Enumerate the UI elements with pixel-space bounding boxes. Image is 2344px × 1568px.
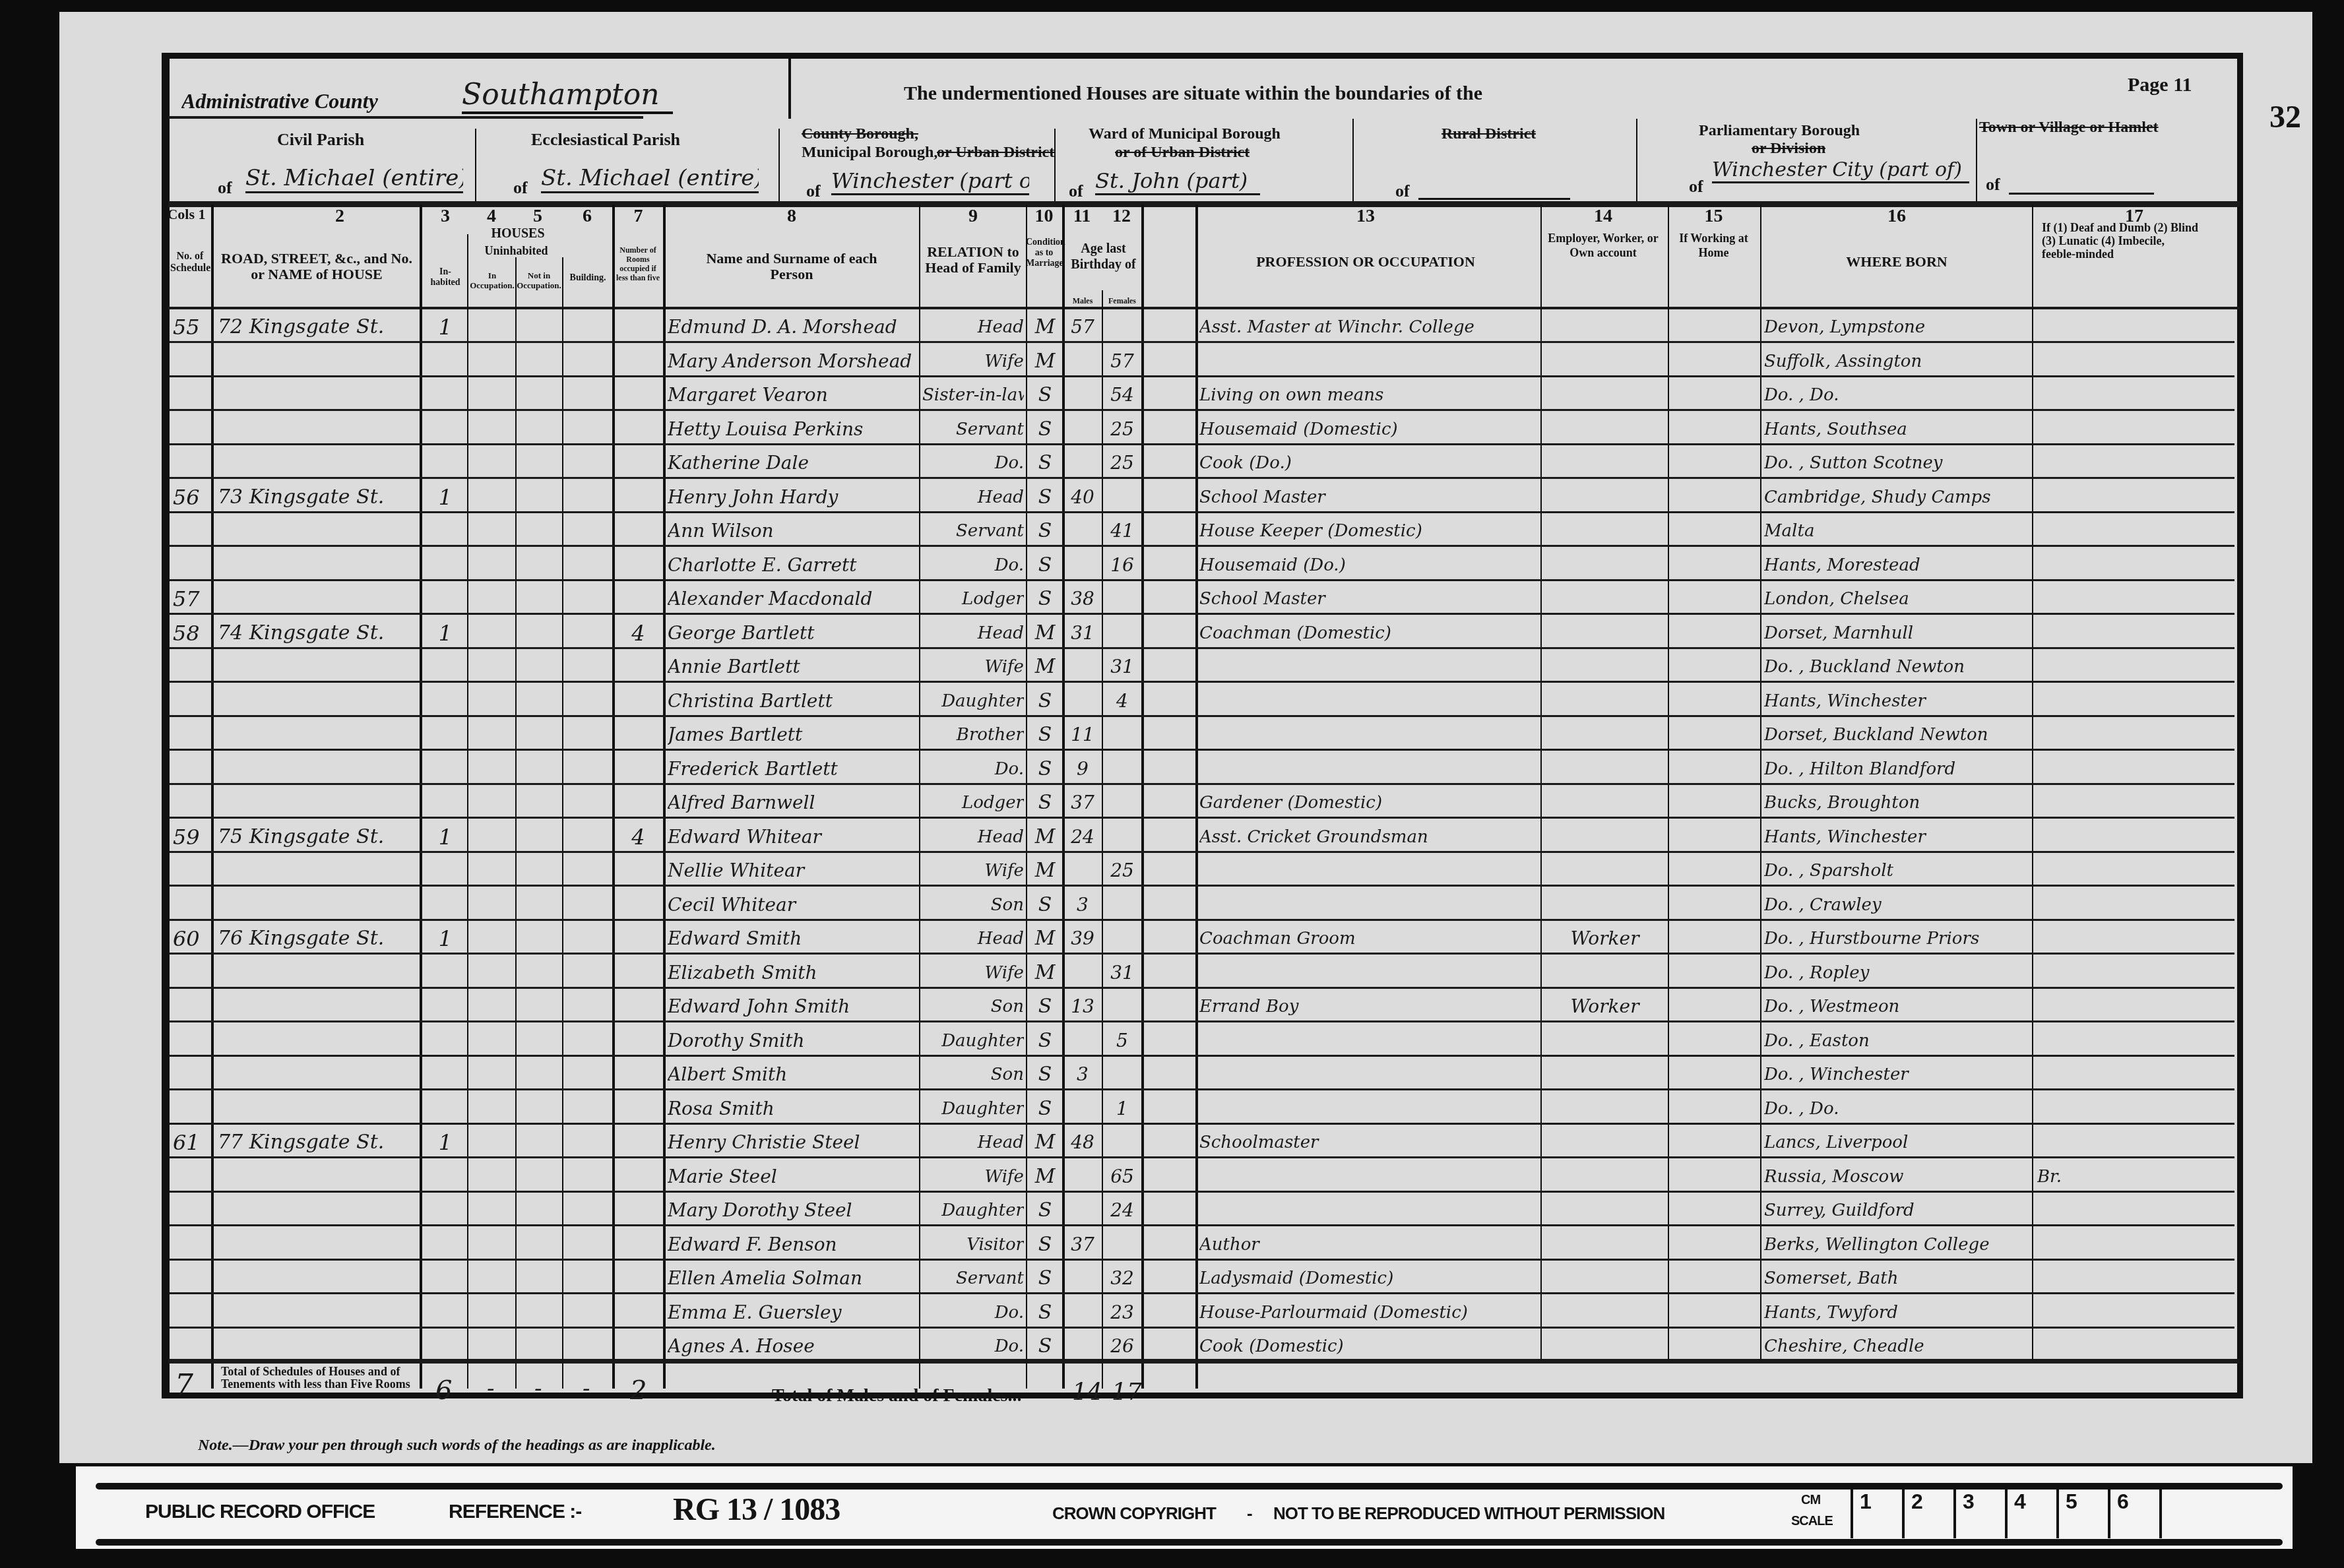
age-female: 25 <box>1104 418 1140 441</box>
ecclesiastical-parish-value: St. Michael (entire) <box>541 165 759 193</box>
age-male: 37 <box>1065 791 1100 815</box>
header-schedule: No. of Schedule <box>170 251 210 274</box>
birthplace: Devon, Lympstone <box>1764 315 2031 339</box>
relation: Head <box>922 315 1024 339</box>
marital-condition: S <box>1029 893 1061 917</box>
person-name: George Bartlett <box>668 621 917 645</box>
marital-condition: S <box>1029 486 1061 509</box>
civil-parish-prefix: of <box>218 178 232 198</box>
occupation: Housemaid (Do.) <box>1199 553 1539 577</box>
row-rule <box>170 851 2234 853</box>
marital-condition: S <box>1029 1063 1061 1086</box>
age-female: 41 <box>1104 519 1140 543</box>
relation: Daughter <box>922 1029 1024 1053</box>
total-males: 14 <box>1072 1379 1102 1406</box>
col-num-15: 15 <box>1669 206 1758 227</box>
col-num-12: 12 <box>1102 206 1141 227</box>
occupation: School Master <box>1199 486 1539 509</box>
marital-condition: M <box>1029 315 1061 339</box>
age-female: 65 <box>1104 1165 1140 1189</box>
scale-mark-2: 2 <box>1902 1490 1953 1538</box>
header-occupation: PROFESSION OR OCCUPATION <box>1201 254 1531 270</box>
person-name: Edward John Smith <box>668 995 917 1019</box>
person-name: Annie Bartlett <box>668 655 917 679</box>
occupation: House Keeper (Domestic) <box>1199 519 1539 543</box>
total-schedules-count: 7 <box>175 1369 193 1402</box>
scale-label: SCALE <box>1791 1514 1833 1529</box>
civil-parish-label: Civil Parish <box>277 130 364 150</box>
birthplace: Dorset, Marnhull <box>1764 621 2031 645</box>
parliamentary-borough-label: Parliamentary Borough <box>1699 122 1860 140</box>
col-line <box>663 204 666 1389</box>
col-line <box>919 204 920 1389</box>
marital-condition: M <box>1029 655 1061 679</box>
row-rule <box>170 1224 2234 1226</box>
schedule-number: 58 <box>173 621 209 645</box>
col-num-10: 10 <box>1026 206 1062 227</box>
divider <box>1976 119 1977 201</box>
footer-top-bar <box>96 1483 2283 1490</box>
total-in-occupation: - <box>487 1375 495 1402</box>
person-name: Katherine Dale <box>668 451 917 475</box>
age-male: 31 <box>1065 621 1100 645</box>
occupation: Cook (Domestic) <box>1199 1334 1539 1358</box>
birthplace: Do. , Westmeon <box>1764 995 2031 1019</box>
age-female: 4 <box>1104 689 1140 713</box>
ward-prefix: of <box>1069 181 1083 201</box>
admin-county-box-right <box>788 58 791 119</box>
occupation: Asst. Master at Winchr. College <box>1199 315 1539 339</box>
occupation: Ladysmaid (Domestic) <box>1199 1267 1539 1290</box>
person-name: Alexander Macdonald <box>668 587 917 611</box>
person-name: Edmund D. A. Morshead <box>668 315 917 339</box>
person-name: Henry John Hardy <box>668 486 917 509</box>
total-females: 17 <box>1112 1379 1142 1406</box>
town-village-prefix: of <box>1986 175 2000 195</box>
row-rule <box>170 1292 2234 1294</box>
col-num-1: Cols 1 <box>162 206 211 223</box>
col-num-14: 14 <box>1540 206 1666 227</box>
copyright-notice: CROWN COPYRIGHT <box>1052 1503 1216 1524</box>
ecclesiastical-parish-prefix: of <box>513 178 528 198</box>
relation: Daughter <box>922 1199 1024 1222</box>
age-male: 3 <box>1065 893 1100 917</box>
row-rule <box>170 1156 2234 1158</box>
age-female: 26 <box>1104 1334 1140 1358</box>
header-working-home: If Working at Home <box>1676 231 1752 260</box>
age-male: 3 <box>1065 1063 1100 1086</box>
relation: Daughter <box>922 689 1024 713</box>
header-not-in-occupation: Not in Occupation. <box>517 270 561 290</box>
address: 75 Kingsgate St. <box>218 825 416 849</box>
occupation: Asst. Cricket Groundsman <box>1199 825 1539 849</box>
scale-label-cm: CM <box>1801 1493 1820 1508</box>
birthplace: Do. , Buckland Newton <box>1764 655 2031 679</box>
marital-condition: M <box>1029 927 1061 951</box>
header-road: ROAD, STREET, &c., and No. or NAME of HO… <box>218 251 416 282</box>
archive-reference-strip: PUBLIC RECORD OFFICE REFERENCE :- RG 13 … <box>76 1466 2293 1549</box>
row-rule <box>170 715 2234 717</box>
inhabited-count: 1 <box>426 621 465 645</box>
occupation: Errand Boy <box>1199 995 1539 1019</box>
person-name: Frederick Bartlett <box>668 757 917 781</box>
relation: Head <box>922 1131 1024 1154</box>
town-village-label-struck: Town or Village or Hamlet <box>1979 119 2159 137</box>
row-rule <box>170 953 2234 955</box>
age-male: 24 <box>1065 825 1100 849</box>
birthplace: Do. , Hurstbourne Priors <box>1764 927 2031 951</box>
person-name: Margaret Vearon <box>668 383 917 407</box>
age-male: 13 <box>1065 995 1100 1019</box>
col-line <box>1141 204 1144 1389</box>
age-female: 1 <box>1104 1097 1140 1121</box>
relation: Do. <box>922 1334 1024 1358</box>
marital-condition: S <box>1029 689 1061 713</box>
birthplace: Suffolk, Assington <box>1764 350 2031 373</box>
marital-condition: S <box>1029 1301 1061 1325</box>
age-male: 9 <box>1065 757 1100 781</box>
col-num-6: 6 <box>564 206 610 227</box>
marital-condition: S <box>1029 995 1061 1019</box>
header-age: Age last Birthday of <box>1065 241 1141 272</box>
col-line <box>467 234 468 1389</box>
person-name: Cecil Whitear <box>668 893 917 917</box>
age-male: 11 <box>1065 723 1100 747</box>
col-line <box>1540 204 1542 1359</box>
scale-mark-6: 6 <box>2108 1490 2159 1538</box>
relation: Son <box>922 1063 1024 1086</box>
age-female: 54 <box>1104 383 1140 407</box>
marital-condition: S <box>1029 553 1061 577</box>
marital-condition: S <box>1029 757 1061 781</box>
relation: Servant <box>922 418 1024 441</box>
reference-label: REFERENCE :- <box>449 1501 581 1523</box>
birthplace: Hants, Morestead <box>1764 553 2031 577</box>
col-num-3: 3 <box>422 206 468 227</box>
birthplace: Hants, Twyford <box>1764 1301 2031 1325</box>
row-rule <box>170 545 2234 547</box>
town-village-value <box>2009 173 2154 195</box>
schedule-number: 61 <box>173 1131 209 1154</box>
footer-bottom-bar <box>96 1539 2283 1546</box>
relation: Wife <box>922 1165 1024 1189</box>
rooms-count: 4 <box>617 825 660 849</box>
header-condition: Condition as to Marriage <box>1026 237 1062 269</box>
totals-top-line <box>168 1359 2240 1364</box>
marital-condition: M <box>1029 1165 1061 1189</box>
inhabited-count: 1 <box>426 315 465 339</box>
header-rooms: Number of Rooms occupied if less than fi… <box>615 245 661 282</box>
inhabited-count: 1 <box>426 825 465 849</box>
age-male: 38 <box>1065 587 1100 611</box>
birthplace: Dorset, Buckland Newton <box>1764 723 2031 747</box>
relation: Lodger <box>922 587 1024 611</box>
birthplace: Malta <box>1764 519 2031 543</box>
relation: Servant <box>922 519 1024 543</box>
person-name: Elizabeth Smith <box>668 961 917 985</box>
relation: Lodger <box>922 791 1024 815</box>
admin-county-label: Administrative County <box>181 89 378 113</box>
relation: Son <box>922 893 1024 917</box>
col-num-8: 8 <box>666 206 917 227</box>
address: 77 Kingsgate St. <box>218 1131 416 1154</box>
page-label: Page 11 <box>2128 74 2192 96</box>
row-rule <box>170 647 2234 649</box>
birthplace: Lancs, Liverpool <box>1764 1131 2031 1154</box>
county-borough-label-struck: County Borough, <box>802 125 918 143</box>
header-houses: HOUSES <box>422 226 614 241</box>
age-female: 31 <box>1104 961 1140 985</box>
divider <box>1352 119 1354 201</box>
occupation: Coachman Groom <box>1199 927 1539 951</box>
division-label-struck: or Division <box>1752 140 1825 158</box>
header-employer: Employer, Worker, or Own account <box>1547 231 1659 260</box>
person-name: Christina Bartlett <box>668 689 917 713</box>
copyright-separator: - <box>1247 1503 1252 1524</box>
schedule-number: 55 <box>173 315 209 339</box>
civil-parish-value: St. Michael (entire) <box>245 165 463 193</box>
marital-condition: M <box>1029 825 1061 849</box>
ward-label: Ward of Municipal Borough <box>1089 125 1281 143</box>
marital-condition: S <box>1029 383 1061 407</box>
municipal-borough-prefix: of <box>806 181 821 201</box>
row-rule <box>170 1088 2234 1090</box>
relation: Head <box>922 621 1024 645</box>
address: 73 Kingsgate St. <box>218 486 416 509</box>
occupation: School Master <box>1199 587 1539 611</box>
municipal-borough-value: Winchester (part of) <box>831 168 1029 195</box>
person-name: Edward Whitear <box>668 825 917 849</box>
col-line <box>420 204 422 1389</box>
col-num-16: 16 <box>1761 206 2032 227</box>
col-num-7: 7 <box>614 206 663 227</box>
employment-status: Worker <box>1544 995 1666 1019</box>
birthplace: Hants, Winchester <box>1764 825 2031 849</box>
occupation: Living on own means <box>1199 383 1539 407</box>
marital-condition: S <box>1029 1233 1061 1257</box>
birthplace: Do. , Crawley <box>1764 893 2031 917</box>
row-rule <box>170 375 2234 377</box>
row-rule <box>170 681 2234 683</box>
marital-condition: S <box>1029 587 1061 611</box>
ward-value: St. John (part) <box>1095 168 1260 195</box>
divider <box>1054 129 1056 201</box>
address: 74 Kingsgate St. <box>218 621 416 645</box>
age-male: 37 <box>1065 1233 1100 1257</box>
scale-mark-4: 4 <box>2005 1490 2056 1538</box>
row-rule <box>170 1123 2234 1125</box>
infirmity: Br. <box>2037 1165 2103 1189</box>
occupation: Coachman (Domestic) <box>1199 621 1539 645</box>
intro-text: The undermentioned Houses are situate wi… <box>904 82 1482 105</box>
person-name: Dorothy Smith <box>668 1029 917 1053</box>
col-line <box>1195 204 1198 1389</box>
marital-condition: M <box>1029 1131 1061 1154</box>
birthplace: Do. , Sparsholt <box>1764 859 2031 883</box>
col-line <box>2032 204 2033 1359</box>
row-rule <box>170 1327 2234 1329</box>
person-name: Emma E. Guersley <box>668 1301 917 1325</box>
relation: Head <box>922 927 1024 951</box>
row-rule <box>170 409 2234 411</box>
person-name: Mary Dorothy Steel <box>668 1199 917 1222</box>
person-name: Ellen Amelia Solman <box>668 1267 917 1290</box>
header-inhabited: In-habited <box>426 267 465 288</box>
row-rule <box>170 443 2234 445</box>
person-name: Edward Smith <box>668 927 917 951</box>
row-rule <box>170 1259 2234 1261</box>
header-infirmity: If (1) Deaf and Dumb (2) Blind (3) Lunat… <box>2042 221 2200 261</box>
header-relation: RELATION to Head of Family <box>924 244 1023 276</box>
age-female: 23 <box>1104 1301 1140 1325</box>
person-name: Agnes A. Hosee <box>668 1334 917 1358</box>
age-female: 32 <box>1104 1267 1140 1290</box>
age-male: 39 <box>1065 927 1100 951</box>
relation: Daughter <box>922 1097 1024 1121</box>
relation: Wife <box>922 350 1024 373</box>
rural-district-label-struck: Rural District <box>1441 125 1536 143</box>
relation: Servant <box>922 1267 1024 1290</box>
office-name: PUBLIC RECORD OFFICE <box>145 1501 375 1523</box>
birthplace: Do. , Sutton Scotney <box>1764 451 2031 475</box>
address: 72 Kingsgate St. <box>218 315 416 339</box>
admin-county-box-bottom <box>168 116 643 119</box>
permission-notice: NOT TO BE REPRODUCED WITHOUT PERMISSION <box>1273 1503 1664 1524</box>
divider <box>778 129 780 201</box>
municipal-borough-label: Municipal Borough, <box>802 144 937 162</box>
age-male: 48 <box>1065 1131 1100 1154</box>
marital-condition: S <box>1029 1029 1061 1053</box>
header-name: Name and Surname of each Person <box>706 251 877 282</box>
instruction-note: Note.—Draw your pen through such words o… <box>198 1437 716 1455</box>
birthplace: Do. , Winchester <box>1764 1063 2031 1086</box>
person-name: Mary Anderson Morshead <box>668 350 917 373</box>
scale-mark-1: 1 <box>1851 1490 1902 1538</box>
divider <box>1636 119 1637 201</box>
marital-condition: S <box>1029 791 1061 815</box>
row-rule <box>170 783 2234 785</box>
col-line <box>515 257 517 1389</box>
row-rule <box>170 511 2234 513</box>
relation: Head <box>922 825 1024 849</box>
birthplace: Cheshire, Cheadle <box>1764 1334 2031 1358</box>
total-building: - <box>583 1375 590 1402</box>
row-rule <box>170 1020 2234 1022</box>
total-inhabited: 6 <box>435 1375 452 1406</box>
relation: Wife <box>922 655 1024 679</box>
marital-condition: M <box>1029 621 1061 645</box>
row-rule <box>170 1191 2234 1193</box>
row-rule <box>170 817 2234 819</box>
row-rule <box>170 1055 2234 1057</box>
person-name: Charlotte E. Garrett <box>668 553 917 577</box>
occupation: House-Parlourmaid (Domestic) <box>1199 1301 1539 1325</box>
total-persons-label: Total of Males and of Females... <box>772 1385 1022 1406</box>
birthplace: Do. , Do. <box>1764 1097 2031 1121</box>
marital-condition: M <box>1029 859 1061 883</box>
occupation: Schoolmaster <box>1199 1131 1539 1154</box>
relation: Head <box>922 486 1024 509</box>
header-uninhabited: Uninhabited <box>468 243 564 259</box>
row-rule <box>170 987 2234 989</box>
marital-condition: S <box>1029 451 1061 475</box>
birthplace: Berks, Wellington College <box>1764 1233 2031 1257</box>
marital-condition: S <box>1029 1334 1061 1358</box>
birthplace: Do. , Hilton Blandford <box>1764 757 2031 781</box>
person-name: Albert Smith <box>668 1063 917 1086</box>
col-num-5: 5 <box>515 206 561 227</box>
inhabited-count: 1 <box>426 486 465 509</box>
row-rule <box>170 341 2234 343</box>
age-male: 40 <box>1065 486 1100 509</box>
person-name: Nellie Whitear <box>668 859 917 883</box>
col-line <box>1026 204 1027 1389</box>
age-female: 5 <box>1104 1029 1140 1053</box>
row-rule <box>170 919 2234 921</box>
relation: Do. <box>922 1301 1024 1325</box>
folio-number: 32 <box>2269 99 2301 135</box>
parliamentary-borough-prefix: of <box>1689 177 1703 197</box>
employment-status: Worker <box>1544 927 1666 951</box>
birthplace: Somerset, Bath <box>1764 1267 2031 1290</box>
person-name: Rosa Smith <box>668 1097 917 1121</box>
relation: Son <box>922 995 1024 1019</box>
scale-mark-3: 3 <box>1953 1490 2005 1538</box>
marital-condition: S <box>1029 1097 1061 1121</box>
age-female: 24 <box>1104 1199 1140 1222</box>
header-bottom-line <box>168 307 2240 309</box>
scale-mark-5: 5 <box>2056 1490 2108 1538</box>
age-female: 25 <box>1104 451 1140 475</box>
col-num-9: 9 <box>920 206 1026 227</box>
col-num-13: 13 <box>1194 206 1537 227</box>
row-rule <box>170 613 2234 615</box>
rural-district-value <box>1418 178 1570 200</box>
header-where-born: WHERE BORN <box>1768 254 2025 270</box>
marital-condition: S <box>1029 1199 1061 1222</box>
occupation: Author <box>1199 1233 1539 1257</box>
birthplace: Cambridge, Shudy Camps <box>1764 486 2031 509</box>
marital-condition: M <box>1029 350 1061 373</box>
header-in-occupation: In Occupation. <box>470 270 515 290</box>
person-name: Ann Wilson <box>668 519 917 543</box>
relation: Do. <box>922 451 1024 475</box>
col-line <box>612 204 615 1389</box>
urban-district-label-struck: or Urban District <box>937 144 1054 162</box>
occupation: Housemaid (Domestic) <box>1199 418 1539 441</box>
rooms-count: 4 <box>617 621 660 645</box>
scale-mark-end <box>2159 1490 2162 1538</box>
birthplace: Russia, Moscow <box>1764 1165 2031 1189</box>
marital-condition: S <box>1029 519 1061 543</box>
relation: Do. <box>922 553 1024 577</box>
total-not-in-occupation: - <box>534 1375 542 1402</box>
relation: Visitor <box>922 1233 1024 1257</box>
inhabited-count: 1 <box>426 1131 465 1154</box>
col-num-4: 4 <box>468 206 515 227</box>
relation: Sister-in-law <box>922 383 1024 407</box>
birthplace: Hants, Winchester <box>1764 689 2031 713</box>
ward-label-struck: or of Urban District <box>1115 144 1250 162</box>
age-female: 16 <box>1104 553 1140 577</box>
person-name: Edward F. Benson <box>668 1233 917 1257</box>
admin-county-value: Southampton <box>462 78 673 114</box>
row-rule <box>170 885 2234 887</box>
marital-condition: S <box>1029 723 1061 747</box>
birthplace: Do. , Do. <box>1764 383 2031 407</box>
occupation: Cook (Do.) <box>1199 451 1539 475</box>
col-line <box>1668 204 1669 1359</box>
